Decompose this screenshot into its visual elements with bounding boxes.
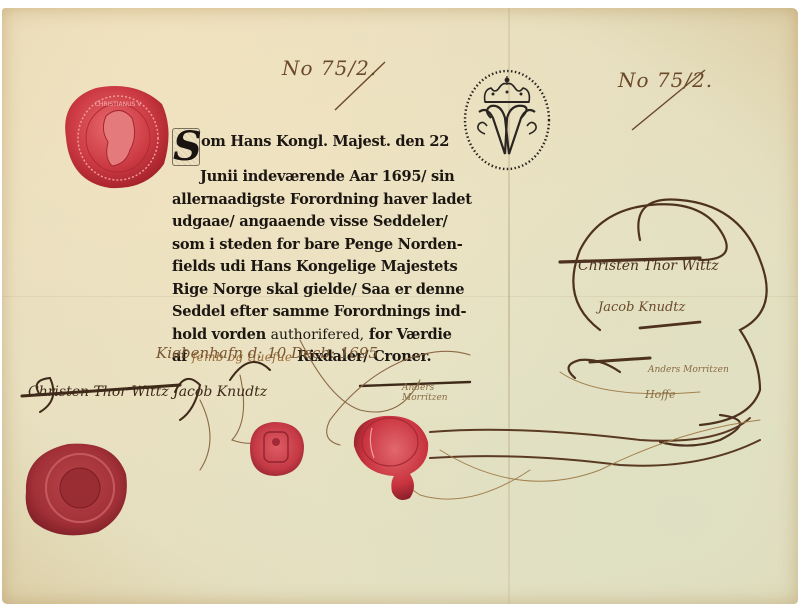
wax-seal-middle [244, 418, 308, 480]
signature-right-2: Jacob Knudtz [598, 300, 685, 315]
printed-line-7: Rige Norge skal gielde/ Saa er denne [172, 279, 467, 302]
printed-line-1: Som Hans Kongl. Majest. den 22 [172, 128, 467, 166]
handwritten-signature-small: Anders Morritzen [402, 383, 462, 403]
printed-line-3: allernaadigste Forordning haver ladet [172, 189, 467, 212]
signature-right-3: Anders Morritzen [648, 365, 729, 375]
printed-line-4: udgaae/ angaaende visse Seddeler/ [172, 211, 467, 234]
printed-line-6: fields udi Hans Kongelige Majestets [172, 256, 467, 279]
authorised-word: authorifered, [271, 327, 364, 343]
crowned-monogram-icon [461, 68, 553, 172]
signature-right-1: Christen Thor Wittz [578, 258, 719, 274]
printed-line-5: som i steden for bare Penge Norden- [172, 234, 467, 257]
signature-right-4: Hoffe [645, 388, 676, 401]
ornamental-dropcap: S [172, 128, 200, 166]
printed-line-2: Junii indeværende Aar 1695/ sin [172, 166, 467, 189]
printed-line-8: Seddel efter samme Forordnings ind- [172, 301, 467, 324]
handwritten-place-date: Kiøbenhafn d: 10 Decb: 1695 [156, 344, 378, 362]
serial-number-right: No 75/2. [618, 68, 713, 92]
wax-seal-royal-portrait: CHRISTIANUS V [56, 78, 174, 193]
wax-seal-bottom-left [18, 434, 132, 540]
printed-text-block: Som Hans Kongl. Majest. den 22 Junii ind… [172, 128, 467, 369]
serial-number-left: No 75/2. [282, 56, 377, 80]
printed-line-9: hold vorden authorifered, for Værdie [172, 324, 467, 347]
wax-seal-right-with-drip [348, 412, 432, 504]
handwritten-signatures-left: Christen Thor Wittz Jacob Knudtz [28, 384, 267, 400]
seal-inscription: CHRISTIANUS V [95, 101, 143, 108]
